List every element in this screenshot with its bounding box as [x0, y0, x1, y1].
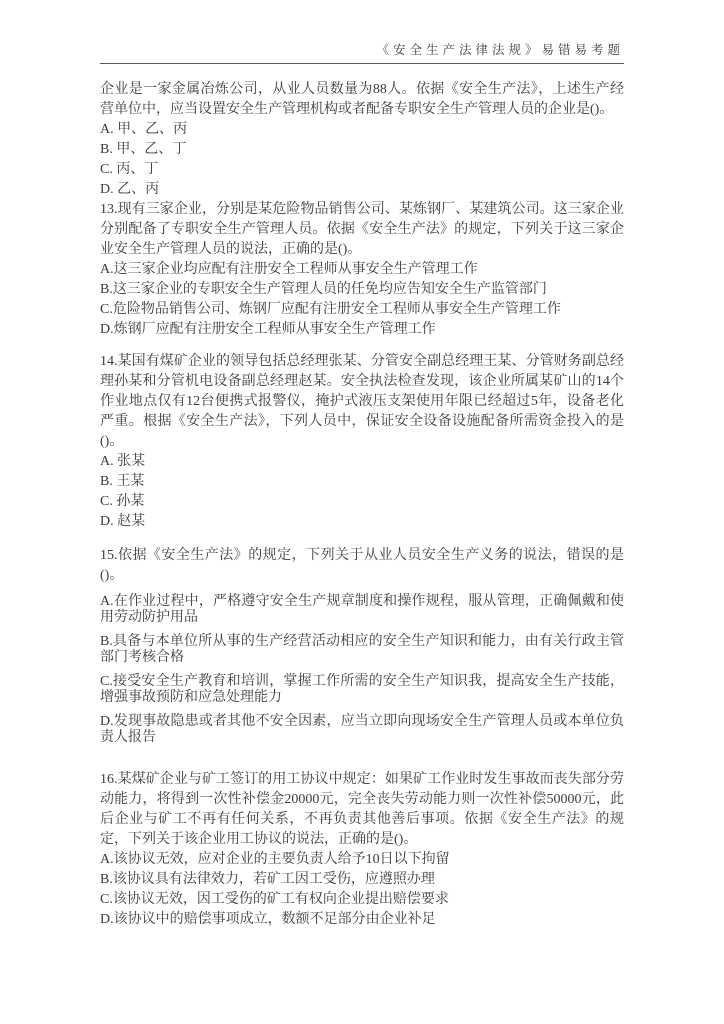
answer-option-a: A.这三家企业均应配有注册安全工程师从事安全生产管理工作	[100, 260, 624, 280]
header-title: 《安全生产法律法规》易错易考题	[376, 43, 624, 57]
question-stem: 14.某国有煤矿企业的领导包括总经理张某、分管安全副总经理王某、分管财务副总经理…	[100, 352, 624, 452]
answer-option-d: D.发现事故隐患或者其他不安全因素，应当立即向现场安全生产管理人员或本单位负责人…	[100, 714, 624, 746]
answer-option-b: B.该协议具有法律效力，若矿工因工受伤，应遵照办理	[100, 870, 624, 890]
question-stem: 15.依据《安全生产法》的规定，下列关于从业人员安全生产义务的说法，错误的是()…	[100, 546, 624, 586]
answer-option-b: B. 甲、乙、丁	[100, 140, 624, 160]
answer-option-a: A.该协议无效，应对企业的主要负责人给予10日以下拘留	[100, 850, 624, 870]
question-block-13: 13.现有三家企业，分别是某危险物品销售公司、某炼钢厂、某建筑公司。这三家企业分…	[100, 200, 624, 340]
question-stem: 企业是一家金属冶炼公司，从业人员数量为88人。依据《安全生产法》，上述生产经营单…	[100, 80, 624, 120]
answer-option-a: A. 张某	[100, 452, 624, 472]
answer-option-c: C. 孙某	[100, 492, 624, 512]
question-block-16: 16.某煤矿企业与矿工签订的用工协议中规定：如果矿工作业时发生事故而丧失部分劳动…	[100, 770, 624, 930]
answer-option-c: C. 丙、丁	[100, 160, 624, 180]
answer-option-b: B.具备与本单位所从事的生产经营活动相应的安全生产知识和能力，由有关行政主管部门…	[100, 634, 624, 666]
answer-option-a: A.在作业过程中，严格遵守安全生产规章制度和操作规程，服从管理，正确佩戴和使用劳…	[100, 594, 624, 626]
answer-option-c: C.危险物品销售公司、炼钢厂应配有注册安全工程师从事安全生产管理工作	[100, 300, 624, 320]
question-block-15: 15.依据《安全生产法》的规定，下列关于从业人员安全生产义务的说法，错误的是()…	[100, 546, 624, 746]
answer-option-d: D.炼钢厂应配有注册安全工程师从事安全生产管理工作	[100, 320, 624, 340]
document-page: 《安全生产法律法规》易错易考题 企业是一家金属冶炼公司，从业人员数量为88人。依…	[0, 0, 724, 1024]
page-header: 《安全生产法律法规》易错易考题	[100, 40, 624, 64]
answer-option-b: B.这三家企业的专职安全生产管理人员的任免均应告知安全生产监管部门	[100, 280, 624, 300]
answer-option-c: C.接受安全生产教育和培训，掌握工作所需的安全生产知识我，提高安全生产技能，增强…	[100, 674, 624, 706]
question-block-12: 企业是一家金属冶炼公司，从业人员数量为88人。依据《安全生产法》，上述生产经营单…	[100, 80, 624, 200]
answer-option-a: A. 甲、乙、丙	[100, 120, 624, 140]
question-block-14: 14.某国有煤矿企业的领导包括总经理张某、分管安全副总经理王某、分管财务副总经理…	[100, 352, 624, 532]
answer-option-d: D. 赵某	[100, 512, 624, 532]
answer-option-b: B. 王某	[100, 472, 624, 492]
answer-option-d: D.该协议中的赔偿事项成立，数额不足部分由企业补足	[100, 910, 624, 930]
answer-option-d: D. 乙、丙	[100, 180, 624, 200]
answer-option-c: C.该协议无效，因工受伤的矿工有权向企业提出赔偿要求	[100, 890, 624, 910]
questions-content: 企业是一家金属冶炼公司，从业人员数量为88人。依据《安全生产法》，上述生产经营单…	[100, 80, 624, 930]
question-stem: 16.某煤矿企业与矿工签订的用工协议中规定：如果矿工作业时发生事故而丧失部分劳动…	[100, 770, 624, 850]
question-stem: 13.现有三家企业，分别是某危险物品销售公司、某炼钢厂、某建筑公司。这三家企业分…	[100, 200, 624, 260]
